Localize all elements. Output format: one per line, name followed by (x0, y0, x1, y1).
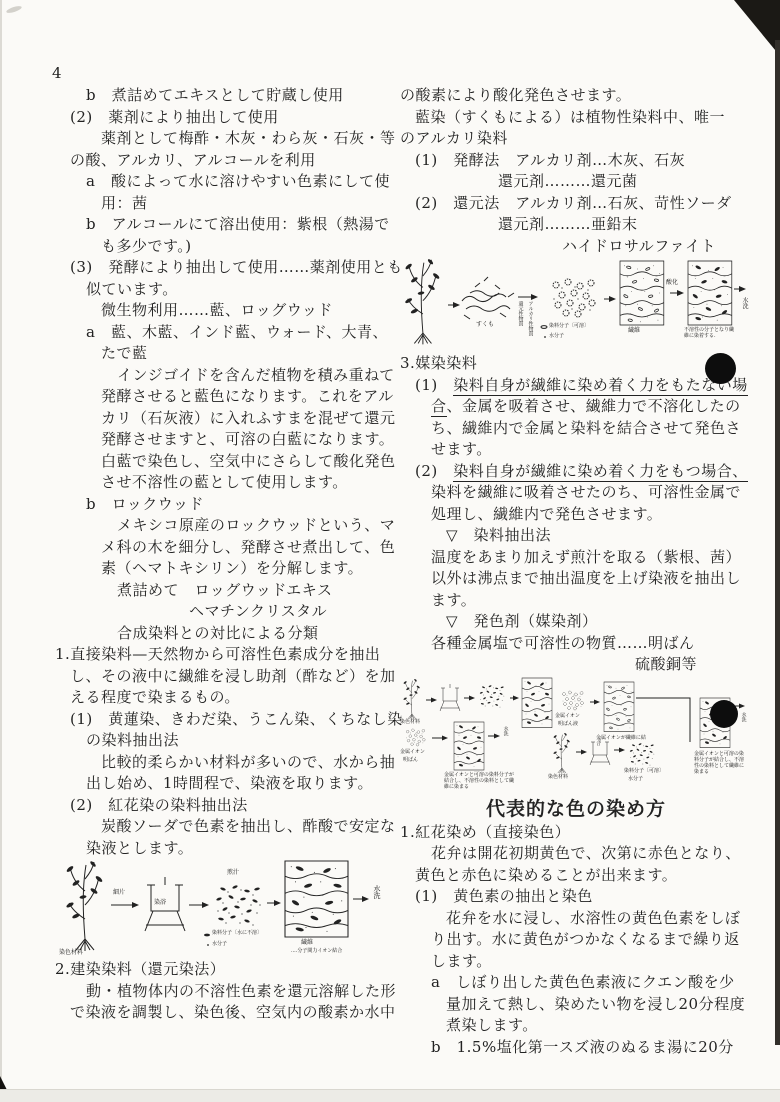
text-line: せます。 (400, 439, 752, 461)
diagram-legend-water: 水分子 (212, 942, 227, 948)
text-line: 2.建染染料（還元染法） (55, 959, 393, 981)
diagram-label-oxidation: 酸化 (666, 279, 678, 286)
diagram-label-bath: 染浴 (154, 899, 166, 906)
scan-bottom-edge (0, 1089, 780, 1102)
text-line: 出し始め、1時間程で、染液を取ります。 (55, 773, 393, 795)
diagram-label-material: 染色材料 (548, 775, 568, 781)
text-line: (3) 発酵により抽出して使用……薬剤使用とも (55, 257, 393, 279)
diagram-label-wash: 水洗 (740, 712, 746, 722)
text-line: 各種金属塩で可溶性の物質……明ばん (400, 633, 752, 655)
section-heading: 代表的な色の染め方 (400, 796, 752, 822)
text-line: 煮染します。 (400, 1015, 752, 1037)
text-line: させ不溶性の藍として使用します。 (55, 472, 393, 494)
text-line: a 藍、木藍、インド藍、ウォード、大青、 (55, 322, 393, 344)
text-line: 藍染（すくもによる）は植物性染料中、唯一 (400, 107, 752, 129)
diagram-direct-dye-process: 染色材料 細片 染浴 煎汁 染料分子〔水に不溶〕 水分子 繊維 ....分子間力… (55, 859, 393, 959)
text-line: 合成染料との対比による分類 (55, 623, 393, 645)
text-line: 硫酸銅等 (400, 654, 752, 676)
text-line: 薬剤として梅酢・木灰・わら灰・石灰・等 (55, 128, 393, 150)
diagram-label-sukumo: すくも (476, 321, 494, 328)
text-line: ます。 (400, 590, 752, 612)
diagram-caption: 金属イオンと可溶の染料分子が結合し、不溶性の染料として繊維に染まる (444, 772, 516, 790)
diagram-mordant-dye-process: 染色材料 金属イオン 明ばん 水洗 金属イオンと可溶の染料分子が結合し、不溶性の… (400, 676, 752, 796)
text-line: の酸素により酸化発色させます。 (400, 85, 752, 107)
text-line: の染料抽出法 (55, 730, 393, 752)
text-line: メ科の木を細分し、発酵させ煮出して、色 (55, 537, 393, 559)
text-line: 花弁を水に浸し、水溶性の黄色色素をしぼ (400, 908, 752, 930)
page-number: 4 (52, 64, 62, 82)
text-line: 発酵させると藍色になります。これをアル (55, 386, 393, 408)
diagram-label-step: 細片 (113, 889, 125, 896)
text-line: (1) 染料自身が繊維に染め着く力をもたない場 (400, 375, 752, 397)
text-line: インジゴイドを含んだ植物を積み重ねて (55, 365, 393, 387)
text-line: 比較的柔らかい材料が多いので、水から抽 (55, 752, 393, 774)
text-line: える程度で染まるもの。 (55, 687, 393, 709)
diagram-label-bond: ....分子間力イオン結合 (291, 949, 401, 955)
text-line: 素（ヘマトキシリン）を分解します。 (55, 558, 393, 580)
text-line: 花弁は開花初期黄色で、次第に赤色となり、 (400, 843, 752, 865)
text-line: b 煮詰めてエキスとして貯蔵し使用 (55, 85, 393, 107)
diagram-label-juice: 煎汁 (227, 869, 239, 876)
text-line: 発酵させますと、可溶の白藍になります。 (55, 429, 393, 451)
text-line: します。 (400, 951, 752, 973)
text-line: a 酸によって水に溶けやすい色素にして使 (55, 171, 393, 193)
text-line: 染液とします。 (55, 838, 393, 860)
text-line: し、その液中に繊維を浸し助剤（酢など）を加 (55, 666, 393, 688)
diagram-label-fiber: 繊維 (301, 939, 313, 946)
diagram-label-alkali: アルカリ性物質 (527, 301, 533, 353)
diagram-label-fiber-bond: 金属イオンが繊維に結合 (596, 735, 646, 747)
text-line: ▽ 発色剤（媒染剤） (400, 611, 752, 633)
diagram-legend-dye: 染料分子〔可溶〕 (549, 324, 609, 330)
diagram-label-material: 染色材料 (400, 720, 420, 726)
diagram-label-material: 染色材料 (59, 949, 83, 956)
text-line: b ロックウッド (55, 494, 393, 516)
diagram-label-fiber: 繊維 (628, 327, 640, 334)
text-line: a しぼり出した黄色色素液にクエン酸を少 (400, 972, 752, 994)
right-column: の酸素により酸化発色させます。 藍染（すくもによる）は植物性染料中、唯一 のアル… (400, 85, 752, 1058)
diagram-label-metal-ion: 金属イオン (555, 714, 580, 720)
diagram-legend-dye: 染料分子〔可溶〕 (624, 769, 680, 775)
text-line: ▽ 染料抽出法 (400, 525, 752, 547)
hole-punch-mark (705, 353, 736, 384)
diagram-label-reducer: 還元性物質 (517, 301, 523, 349)
text-line: 白藍で染色し、空気中にさらして酸化発色 (55, 451, 393, 473)
diagram-legend-dye: 染料分子〔水に不溶〕 (212, 931, 282, 937)
diagram-label-wash: 水洗 (373, 885, 380, 899)
scan-corner-shadow (734, 0, 780, 56)
diagram-label-result: 不溶性の分子となり繊維に染着する. (684, 327, 736, 339)
text-line: b アルコールにて溶出使用：紫根（熱湯で (55, 214, 393, 236)
diagram-label-wash: 水洗 (502, 726, 508, 736)
text-line: (2) 薬剤により抽出して使用 (55, 107, 393, 129)
diagram-legend-water: 水分子 (628, 777, 643, 783)
text-line: カリ（石灰液）に入れふすまを混ぜて還元 (55, 408, 393, 430)
text-line: 以外は沸点まで抽出温度を上げ染液を抽出し (400, 568, 752, 590)
text-line: 量加えて熱し、染めたい物を浸し20分程度 (400, 994, 752, 1016)
text-line: のアルカリ染料 (400, 128, 752, 150)
text-line: 似ています。 (55, 279, 393, 301)
scan-smudge (6, 5, 23, 15)
text-line: 還元剤………還元菌 (400, 171, 752, 193)
text-line: (2) 染料自身が繊維に染め着く力をもつ場合、 (400, 461, 752, 483)
text-line: 炭酸ソーダで色素を抽出し、酢酸で安定な (55, 816, 393, 838)
text-line: 黄色と赤色に染めることが出来ます。 (400, 865, 752, 887)
text-line: 動・植物体内の不溶性色素を還元溶解した形 (55, 981, 393, 1003)
text-line: 微生物利用……藍、ロッグウッド (55, 300, 393, 322)
text-line: 染料を繊維に吸着させたのち、可溶性金属で (400, 482, 752, 504)
text-line: (1) 発酵法 アルカリ剤…木灰、石灰 (400, 150, 752, 172)
diagram-label-wash: 水洗 (741, 297, 748, 309)
text-line: 3.媒染染料 (400, 353, 752, 375)
diagram-label-metal-ion: 金属イオン (400, 750, 425, 756)
text-line: 温度をあまり加えず煎汁を取る（紫根、茜） (400, 547, 752, 569)
hole-punch-mark (710, 700, 738, 728)
text-line: 還元剤………亜鉛末 (400, 214, 752, 236)
text-line: (2) 還元法 アルカリ剤…石灰、苛性ソーダ (400, 193, 752, 215)
scanned-page: 4 b 煮詰めてエキスとして貯蔵し使用 (2) 薬剤により抽出して使用 薬剤とし… (0, 0, 780, 1102)
text-line: 1.直接染料—天然物から可溶性色素成分を抽出 (55, 644, 393, 666)
scan-edge-shadow-left (0, 0, 2, 1102)
text-line: ヘマチンクリスタル (55, 601, 393, 623)
text-line: (1) 黄色素の抽出と染色 (400, 886, 752, 908)
text-line: で染液を調製し、染色後、空気内の酸素か水中 (55, 1002, 393, 1024)
text-line: 1.紅花染め（直接染色） (400, 822, 752, 844)
text-line: 煮詰めて ロッグウッドエキス (55, 580, 393, 602)
text-line: 用：茜 (55, 193, 393, 215)
scan-edge-shadow-right (775, 40, 780, 1045)
text-line: (2) 紅花染の染料抽出法 (55, 795, 393, 817)
text-line: 合、金属を吸着させ、繊維力で不溶化したの (400, 396, 752, 418)
text-line: b 1.5%塩化第一スズ液のぬるま湯に20分 (400, 1037, 752, 1059)
diagram-label-alum-liquid: 明ばん液 (558, 722, 578, 728)
diagram-caption: 金属イオンと可溶の染料分子が結合し、不溶性の染料として繊維に染まる (694, 751, 748, 775)
text-line: の酸、アルカリ、アルコールを利用 (55, 150, 393, 172)
diagram-indigo-vat-process: すくも 還元性物質 アルカリ性物質 染料分子〔可溶〕 水分子 繊維 酸化 不溶性… (400, 257, 752, 353)
diagram-label-alum: 明ばん (403, 758, 418, 764)
text-line: ち、繊維内で金属と染料を結合させて発色さ (400, 418, 752, 440)
text-line: 処理し、繊維内で発色させます。 (400, 504, 752, 526)
left-column: b 煮詰めてエキスとして貯蔵し使用 (2) 薬剤により抽出して使用 薬剤として梅… (55, 85, 393, 1024)
text-line: り出す。水に黄色がつかなくなるまで繰り返 (400, 929, 752, 951)
text-line: メキシコ原産のロックウッドという、マ (55, 515, 393, 537)
text-line: も多少です。) (55, 236, 393, 258)
text-line: (1) 黄蓮染、きわだ染、うこん染、くちなし染 (55, 709, 393, 731)
text-line: ハイドロサルファイト (400, 236, 752, 258)
text-line: たで藍 (55, 343, 393, 365)
diagram-legend-water: 水分子 (549, 334, 564, 340)
